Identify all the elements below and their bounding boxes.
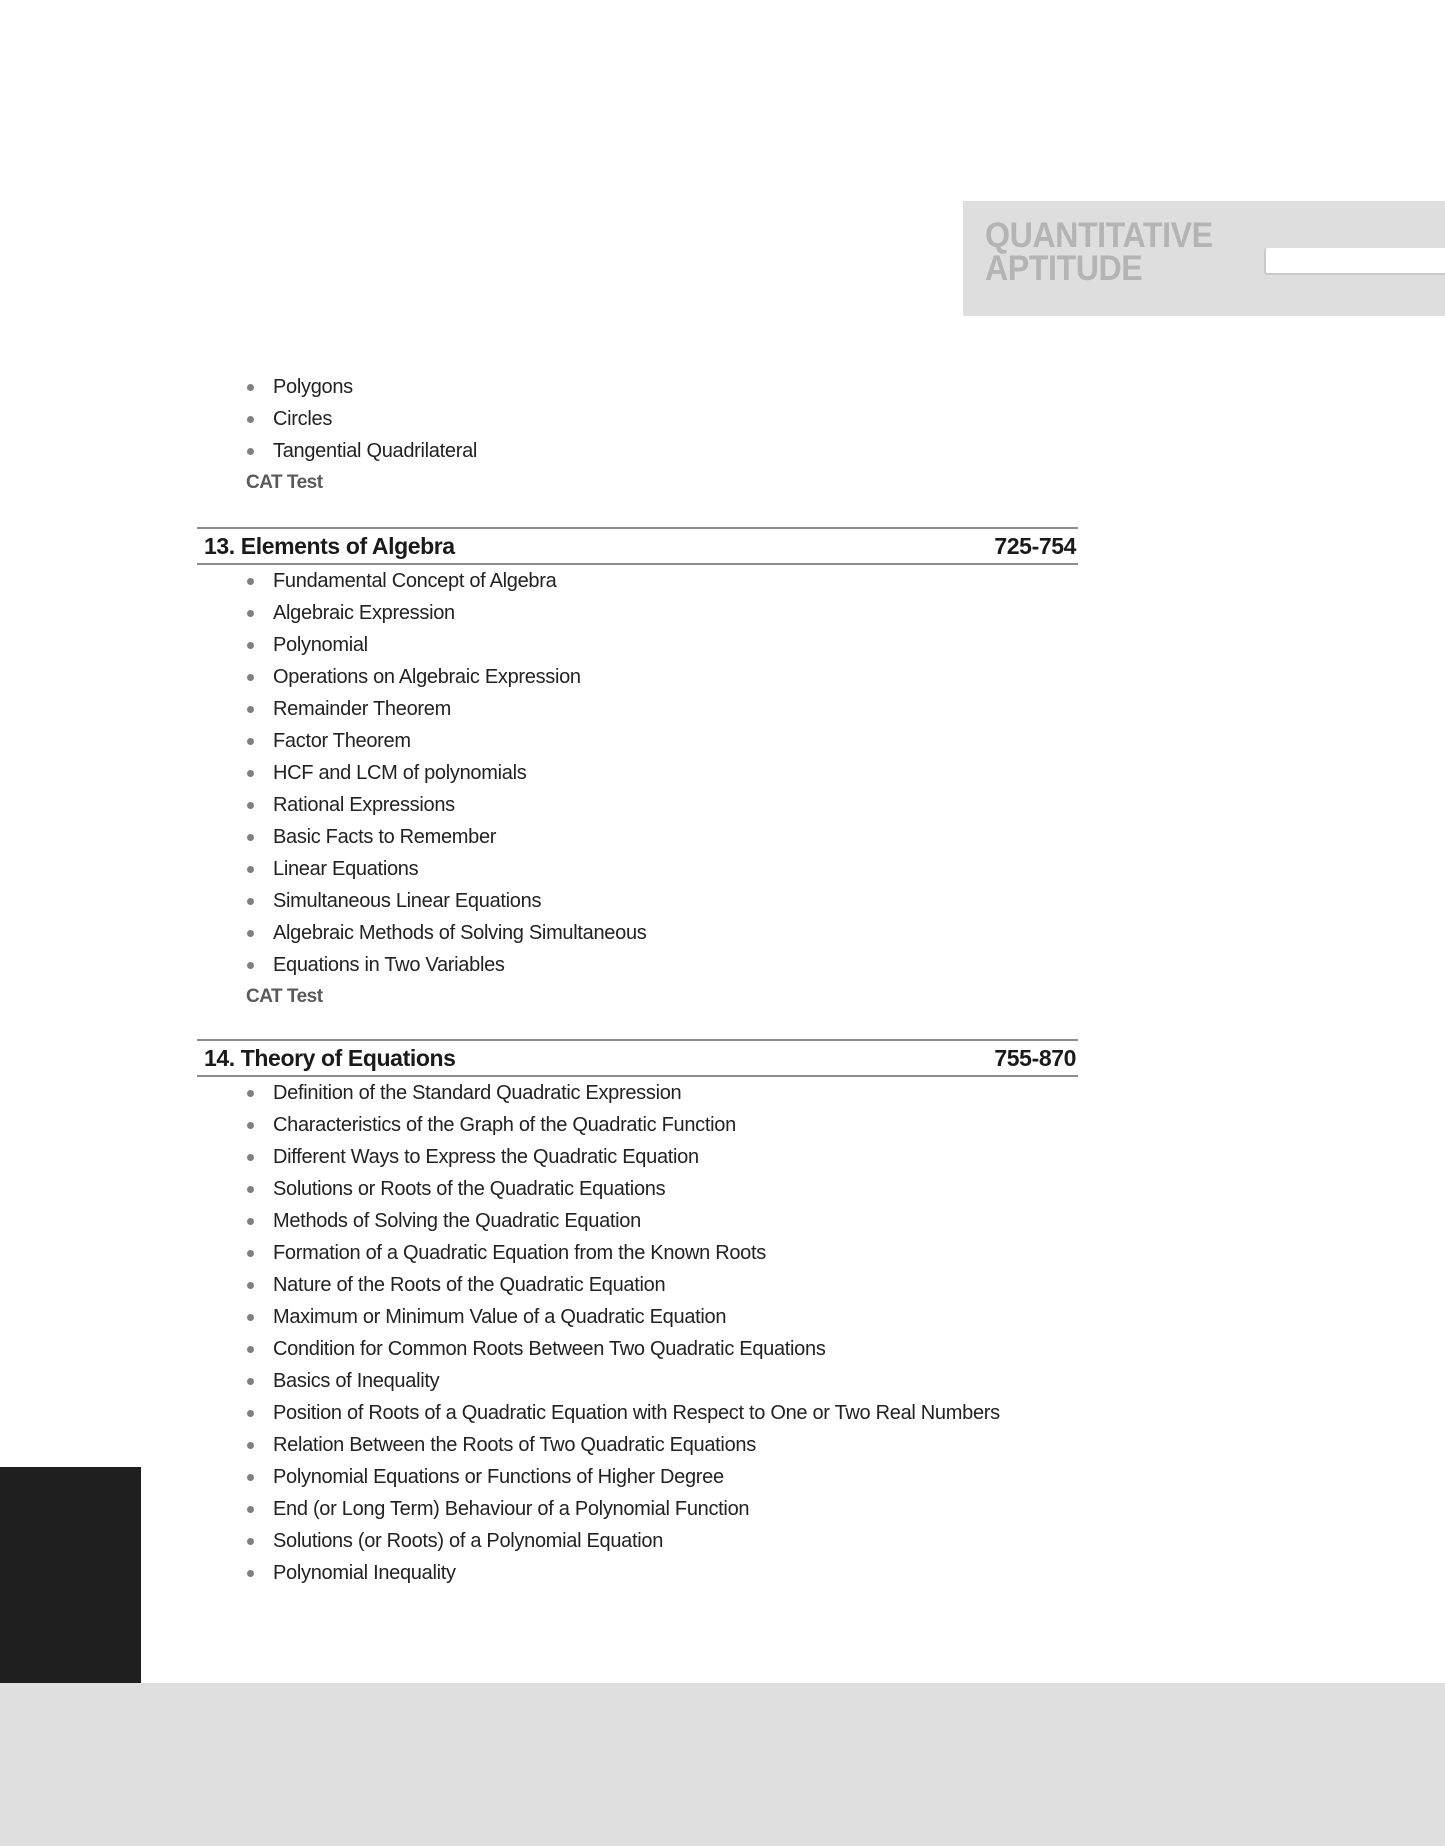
chapter-topics: Fundamental Concept of AlgebraAlgebraic … <box>197 565 1078 981</box>
section-header-band: QUANTITATIVE APTITUDE <box>963 201 1445 316</box>
chapter-pages: 755-870 <box>994 1041 1076 1075</box>
chapter-14: 14. Theory of Equations 755-870 Definiti… <box>197 1039 1078 1589</box>
list-item: Solutions (or Roots) of a Polynomial Equ… <box>197 1525 1078 1557</box>
chapter-pages: 725-754 <box>994 529 1076 563</box>
bullet-icon <box>247 1122 254 1129</box>
chapter-heading: 14. Theory of Equations 755-870 <box>197 1039 1078 1077</box>
bullet-icon <box>247 1442 254 1449</box>
bullet-icon <box>247 834 254 841</box>
bullet-icon <box>247 866 254 873</box>
list-item: Factor Theorem <box>197 725 1078 757</box>
list-item: Rational Expressions <box>197 789 1078 821</box>
list-item: Methods of Solving the Quadratic Equatio… <box>197 1205 1078 1237</box>
header-decorative-bar <box>1264 248 1445 275</box>
chapter-topics: Definition of the Standard Quadratic Exp… <box>197 1077 1078 1589</box>
list-item: Nature of the Roots of the Quadratic Equ… <box>197 1269 1078 1301</box>
list-item: Fundamental Concept of Algebra <box>197 565 1078 597</box>
bullet-icon <box>247 930 254 937</box>
bullet-icon <box>247 738 254 745</box>
list-item: Different Ways to Express the Quadratic … <box>197 1141 1078 1173</box>
list-item: Remainder Theorem <box>197 693 1078 725</box>
bullet-icon <box>247 1538 254 1545</box>
list-item: Basics of Inequality <box>197 1365 1078 1397</box>
chapter-heading: 13. Elements of Algebra 725-754 <box>197 527 1078 565</box>
list-item: End (or Long Term) Behaviour of a Polyno… <box>197 1493 1078 1525</box>
list-item: Condition for Common Roots Between Two Q… <box>197 1333 1078 1365</box>
list-item: Position of Roots of a Quadratic Equatio… <box>197 1397 1078 1429</box>
list-item: Operations on Algebraic Expression <box>197 661 1078 693</box>
bullet-icon <box>247 1474 254 1481</box>
bullet-icon <box>247 1346 254 1353</box>
bullet-icon <box>247 802 254 809</box>
bullet-icon <box>247 706 254 713</box>
bullet-icon <box>247 1314 254 1321</box>
bullet-icon <box>247 1154 254 1161</box>
list-item: Polynomial Equations or Functions of Hig… <box>197 1461 1078 1493</box>
bullet-icon <box>247 1378 254 1385</box>
page-edge-tab <box>0 1467 141 1683</box>
list-item: Definition of the Standard Quadratic Exp… <box>197 1077 1078 1109</box>
bullet-icon <box>247 898 254 905</box>
list-item: Maximum or Minimum Value of a Quadratic … <box>197 1301 1078 1333</box>
list-item: Polynomial <box>197 629 1078 661</box>
list-item: Polygons <box>197 371 1078 403</box>
bullet-icon <box>247 1506 254 1513</box>
bullet-icon <box>247 1410 254 1417</box>
list-item: Characteristics of the Graph of the Quad… <box>197 1109 1078 1141</box>
bullet-icon <box>247 1218 254 1225</box>
chapter-13: 13. Elements of Algebra 725-754 Fundamen… <box>197 527 1078 1013</box>
section-title: QUANTITATIVE APTITUDE <box>985 219 1213 285</box>
bullet-icon <box>247 1282 254 1289</box>
bullet-icon <box>247 962 254 969</box>
bullet-icon <box>247 642 254 649</box>
bullet-icon <box>247 770 254 777</box>
bullet-icon <box>247 1186 254 1193</box>
list-item: Solutions or Roots of the Quadratic Equa… <box>197 1173 1078 1205</box>
list-item: Simultaneous Linear Equations <box>197 885 1078 917</box>
chapter-title: 14. Theory of Equations <box>204 1041 456 1075</box>
cat-test-label: CAT Test <box>197 981 1078 1013</box>
list-item: Algebraic Expression <box>197 597 1078 629</box>
bullet-icon <box>247 448 254 455</box>
bullet-icon <box>247 1570 254 1577</box>
list-item: Algebraic Methods of Solving Simultaneou… <box>197 917 1078 949</box>
bullet-icon <box>247 578 254 585</box>
list-item: Equations in Two Variables <box>197 949 1078 981</box>
previous-chapter-continuation: Polygons Circles Tangential Quadrilatera… <box>197 371 1078 499</box>
bullet-icon <box>247 610 254 617</box>
list-item: Relation Between the Roots of Two Quadra… <box>197 1429 1078 1461</box>
bullet-icon <box>247 416 254 423</box>
bullet-icon <box>247 1250 254 1257</box>
list-item: Circles <box>197 403 1078 435</box>
chapter-title: 13. Elements of Algebra <box>204 529 455 563</box>
list-item: Polynomial Inequality <box>197 1557 1078 1589</box>
bullet-icon <box>247 384 254 391</box>
list-item: Linear Equations <box>197 853 1078 885</box>
list-item: Basic Facts to Remember <box>197 821 1078 853</box>
list-item: Formation of a Quadratic Equation from t… <box>197 1237 1078 1269</box>
cat-test-label: CAT Test <box>197 467 1078 499</box>
bullet-icon <box>247 674 254 681</box>
bullet-icon <box>247 1090 254 1097</box>
list-item: HCF and LCM of polynomials <box>197 757 1078 789</box>
list-item: Tangential Quadrilateral <box>197 435 1078 467</box>
page-footer-band <box>0 1683 1445 1846</box>
